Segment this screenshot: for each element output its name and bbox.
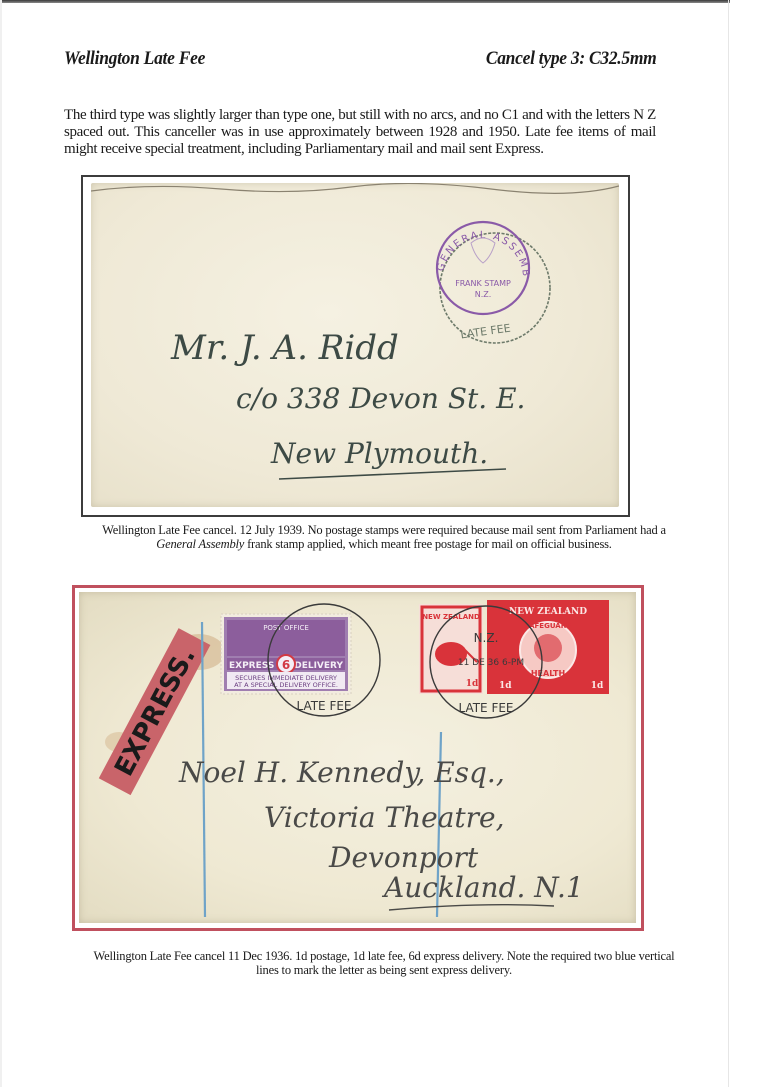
svg-text:N.Z.: N.Z. — [474, 631, 499, 645]
caption1-italic: General Assembly — [156, 537, 244, 551]
cover2-artwork: EXPRESS. POST OFFICE EXPRESS DELIVERY 6 … — [79, 592, 636, 923]
page-left-edge — [0, 0, 2, 1087]
svg-text:Noel H. Kennedy, Esq.,: Noel H. Kennedy, Esq., — [178, 756, 505, 789]
page-subtitle: Cancel type 3: C32.5mm — [485, 48, 656, 70]
late-fee-cancel-2-text: LATE FEE — [458, 701, 513, 715]
svg-text:POST OFFICE: POST OFFICE — [263, 624, 309, 632]
cover1-address: Mr. J. A. Ridd c/o 338 Devon St. E. New … — [170, 328, 525, 479]
svg-text:DELIVERY: DELIVERY — [294, 661, 343, 671]
cover2-frame: EXPRESS. POST OFFICE EXPRESS DELIVERY 6 … — [72, 585, 644, 931]
svg-text:1d: 1d — [466, 679, 479, 689]
caption1-text-end: frank stamp applied, which meant free po… — [244, 537, 612, 551]
cover1-artwork: LATE FEE GENERAL ASSEMBLY FRANK STAMP N.… — [91, 183, 619, 507]
svg-text:GENERAL ASSEMBLY: GENERAL ASSEMBLY — [91, 183, 531, 279]
cover2-envelope-image: EXPRESS. POST OFFICE EXPRESS DELIVERY 6 … — [79, 592, 636, 923]
svg-text:Auckland. N.1: Auckland. N.1 — [381, 871, 584, 904]
svg-text:Victoria Theatre,: Victoria Theatre, — [264, 801, 505, 834]
general-assembly-frank-stamp: GENERAL ASSEMBLY FRANK STAMP N.Z. — [91, 183, 531, 314]
caption1-text: Wellington Late Fee cancel. 12 July 1939… — [102, 523, 666, 537]
svg-text:New Plymouth.: New Plymouth. — [270, 437, 488, 470]
express-delivery-stamp: POST OFFICE EXPRESS DELIVERY 6 SECURES I… — [221, 614, 351, 694]
svg-text:6: 6 — [282, 658, 290, 672]
svg-text:AT A SPECIAL DELIVERY OFFICE.: AT A SPECIAL DELIVERY OFFICE. — [234, 681, 338, 689]
svg-text:NEW ZEALAND: NEW ZEALAND — [509, 607, 587, 617]
page-right-edge — [728, 0, 729, 1087]
cover1-envelope-image: LATE FEE GENERAL ASSEMBLY FRANK STAMP N.… — [91, 183, 619, 507]
svg-text:NEW ZEALAND: NEW ZEALAND — [422, 613, 480, 621]
late-fee-cancel-1-text: LATE FEE — [296, 699, 351, 713]
page-header: Wellington Late Fee Cancel type 3: C32.5… — [64, 48, 656, 70]
cover1-frame: LATE FEE GENERAL ASSEMBLY FRANK STAMP N.… — [81, 175, 630, 517]
intro-paragraph: The third type was slightly larger than … — [64, 107, 656, 158]
health-1d-stamp: NEW ZEALAND SAFEGUARD HEALTH 1d 1d — [487, 600, 609, 694]
svg-text:N.Z.: N.Z. — [475, 290, 492, 299]
page-top-rule — [0, 0, 730, 3]
svg-text:c/o 338 Devon St. E.: c/o 338 Devon St. E. — [236, 382, 525, 415]
svg-text:1d: 1d — [591, 681, 604, 691]
cover2-caption: Wellington Late Fee cancel 11 Dec 1936. … — [84, 949, 684, 977]
svg-text:Devonport: Devonport — [328, 841, 479, 874]
svg-text:Mr. J. A. Ridd: Mr. J. A. Ridd — [170, 328, 399, 368]
cover1-caption: Wellington Late Fee cancel. 12 July 1939… — [84, 523, 684, 551]
svg-text:1d: 1d — [499, 681, 512, 691]
cover2-address: Noel H. Kennedy, Esq., Victoria Theatre,… — [178, 756, 584, 910]
page-title: Wellington Late Fee — [64, 48, 205, 70]
svg-text:FRANK STAMP: FRANK STAMP — [455, 279, 511, 288]
svg-text:HEALTH: HEALTH — [531, 669, 565, 678]
svg-text:LATE FEE: LATE FEE — [460, 322, 512, 342]
svg-text:11 DE 36 6-PM: 11 DE 36 6-PM — [458, 658, 524, 668]
